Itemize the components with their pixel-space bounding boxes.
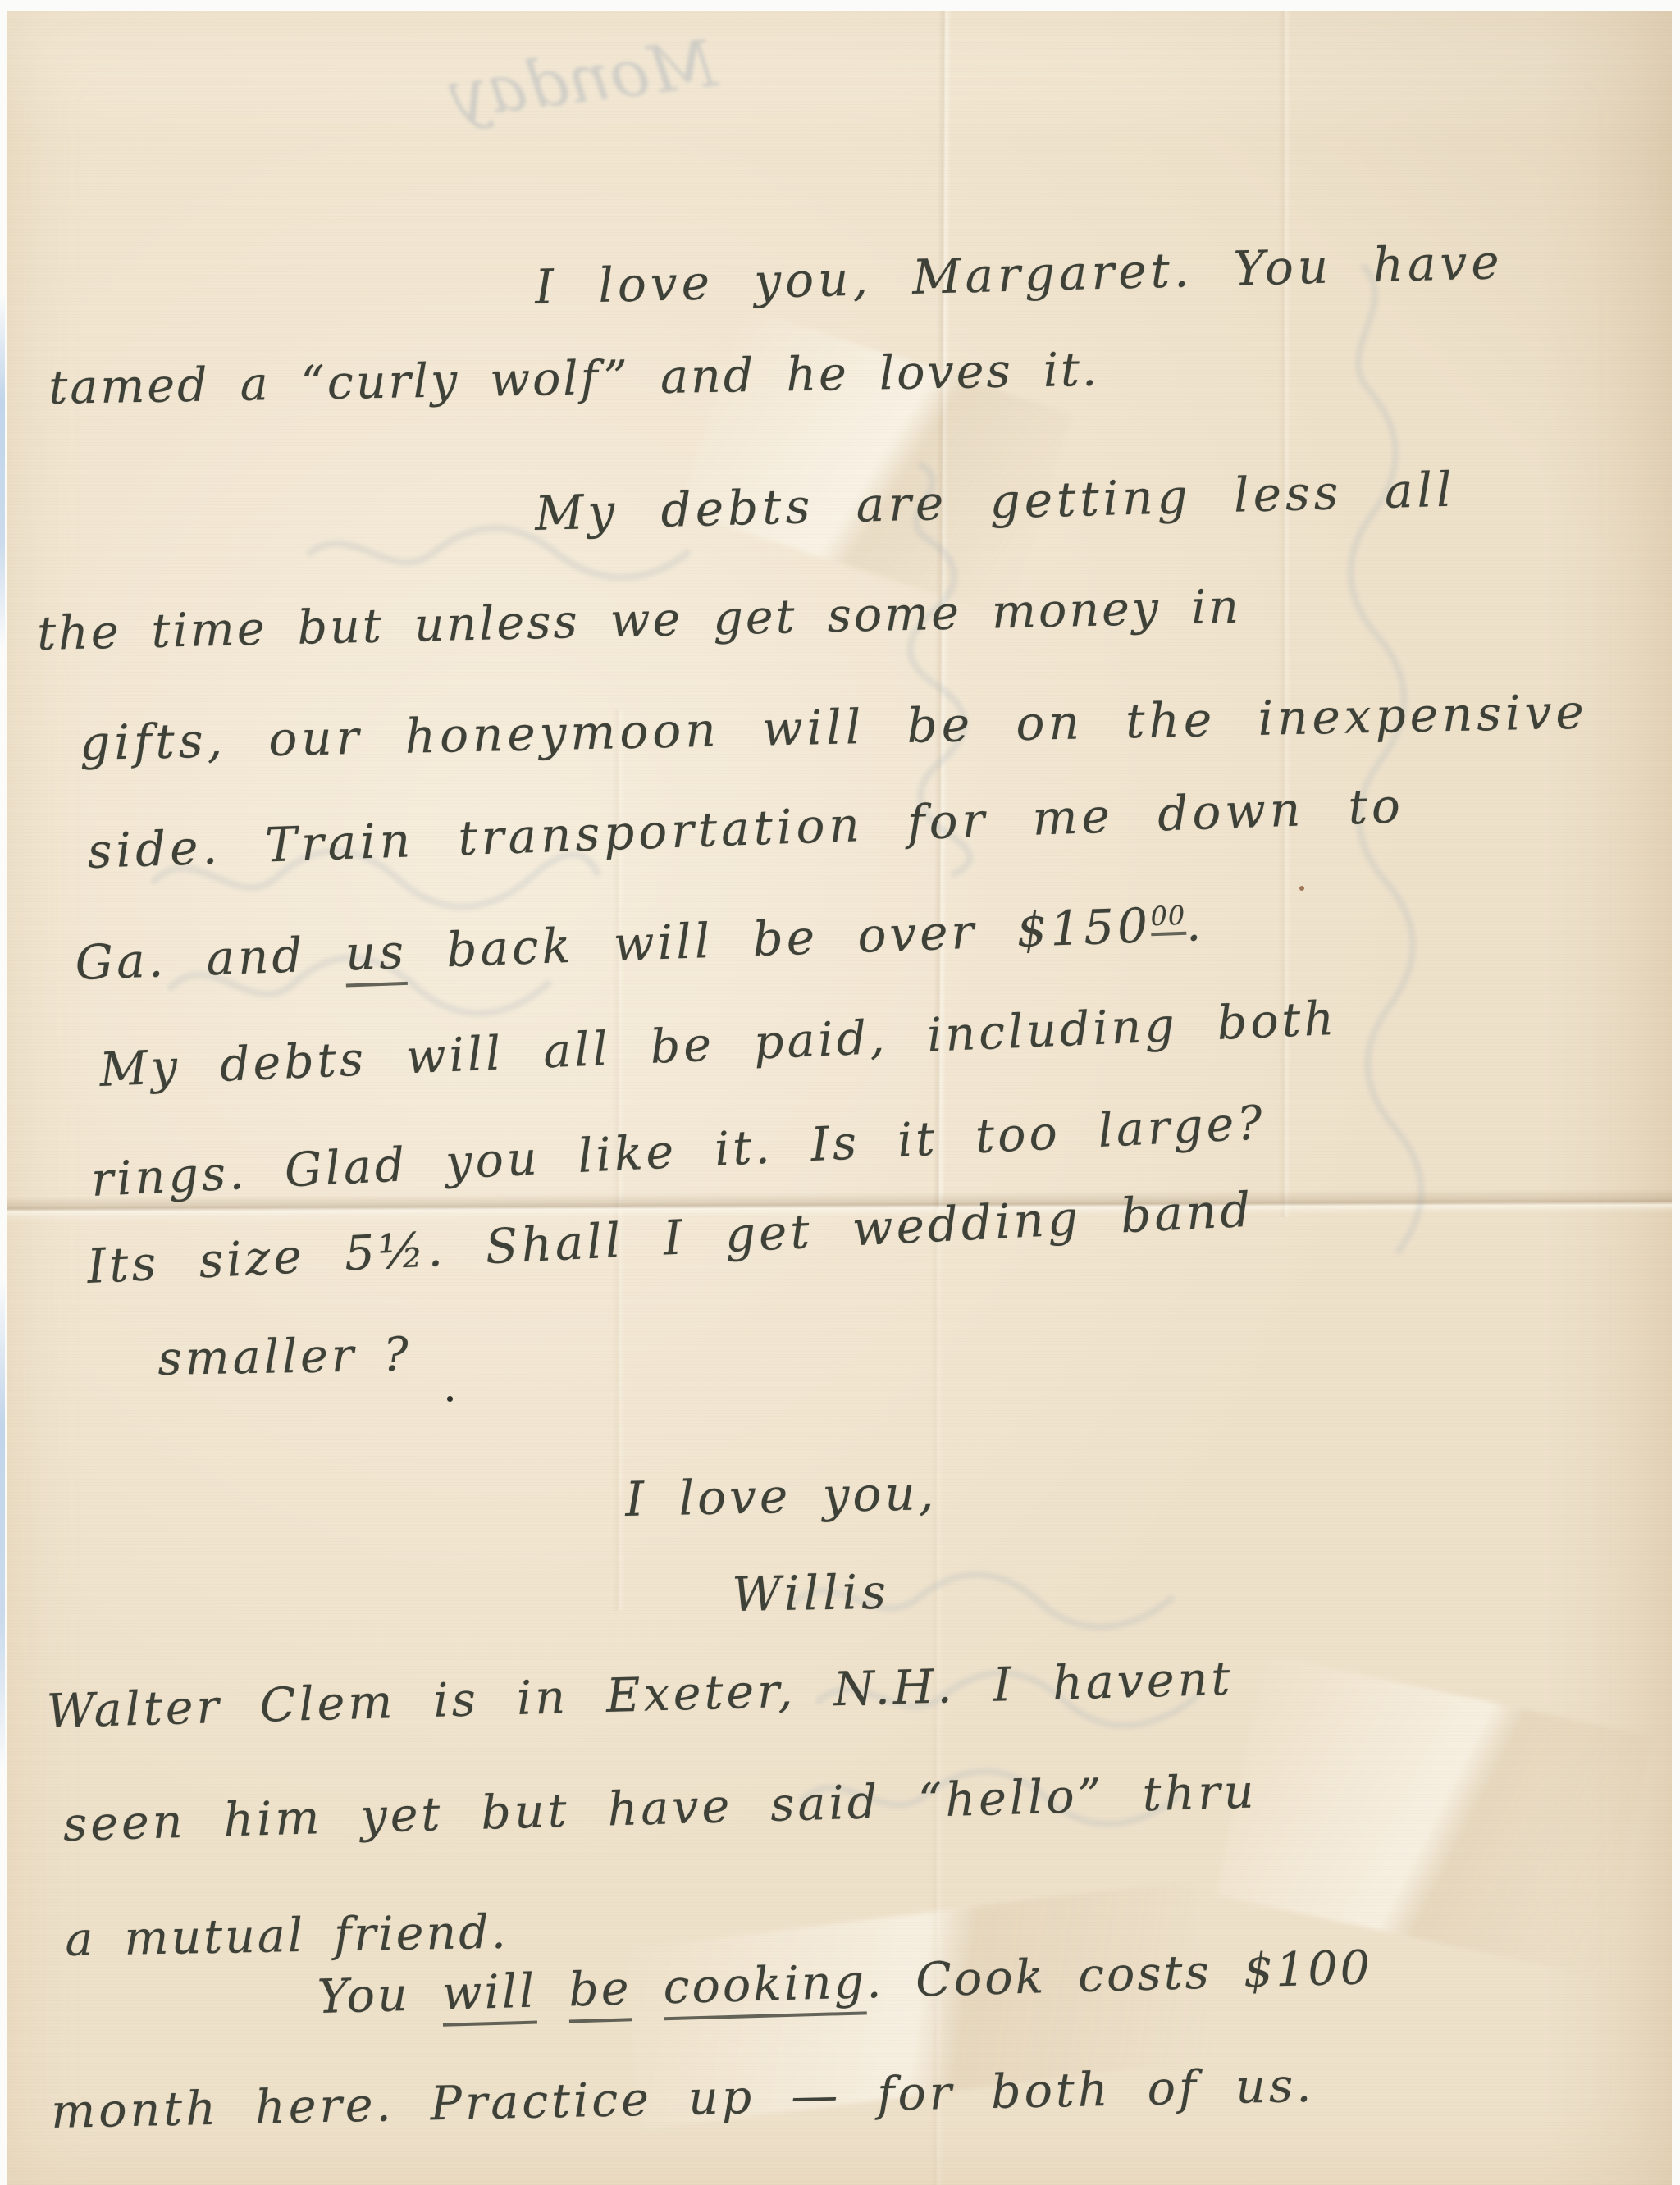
letter-text — [631, 1960, 664, 2015]
letter-text: You — [317, 1967, 443, 2024]
letter-line: side. Train transportation for me down t… — [86, 776, 1405, 882]
letter-page: Monday I love you, Margaret. You have ta… — [7, 11, 1672, 2185]
letter-signature: Willis — [732, 1562, 891, 1625]
bleedthrough-ghost-text: Monday — [446, 25, 721, 133]
letter-closing: I love you, — [624, 1463, 937, 1529]
underlined-word: cooking — [663, 1955, 867, 2020]
letter-text — [536, 1963, 569, 2018]
letter-text: . — [1185, 896, 1205, 952]
letter-line: My debts are getting less all — [534, 460, 1456, 544]
ink-speck — [447, 1396, 453, 1402]
scanner-edge-artifact — [0, 1280, 5, 1772]
letter-text: Ga. and — [75, 926, 346, 991]
letter-line: the time but unless we get some money in — [36, 578, 1241, 664]
letter-text: . Cook costs $100 — [865, 1941, 1373, 2009]
underlined-word: will — [441, 1964, 537, 2027]
scan-background: Monday I love you, Margaret. You have ta… — [0, 0, 1680, 2185]
scanner-edge-artifact — [0, 295, 5, 648]
letter-line: a mutual friend. — [65, 1904, 509, 1970]
ink-speck — [1299, 886, 1304, 891]
underlined-word: be — [568, 1961, 632, 2023]
underlined-word: us — [345, 924, 409, 988]
letter-line: smaller ? — [157, 1326, 413, 1389]
superscript-cents: 00 — [1150, 899, 1186, 935]
paper-crinkle — [1216, 1654, 1652, 1977]
letter-line: month here. Practice up — for both of us… — [51, 2057, 1315, 2142]
